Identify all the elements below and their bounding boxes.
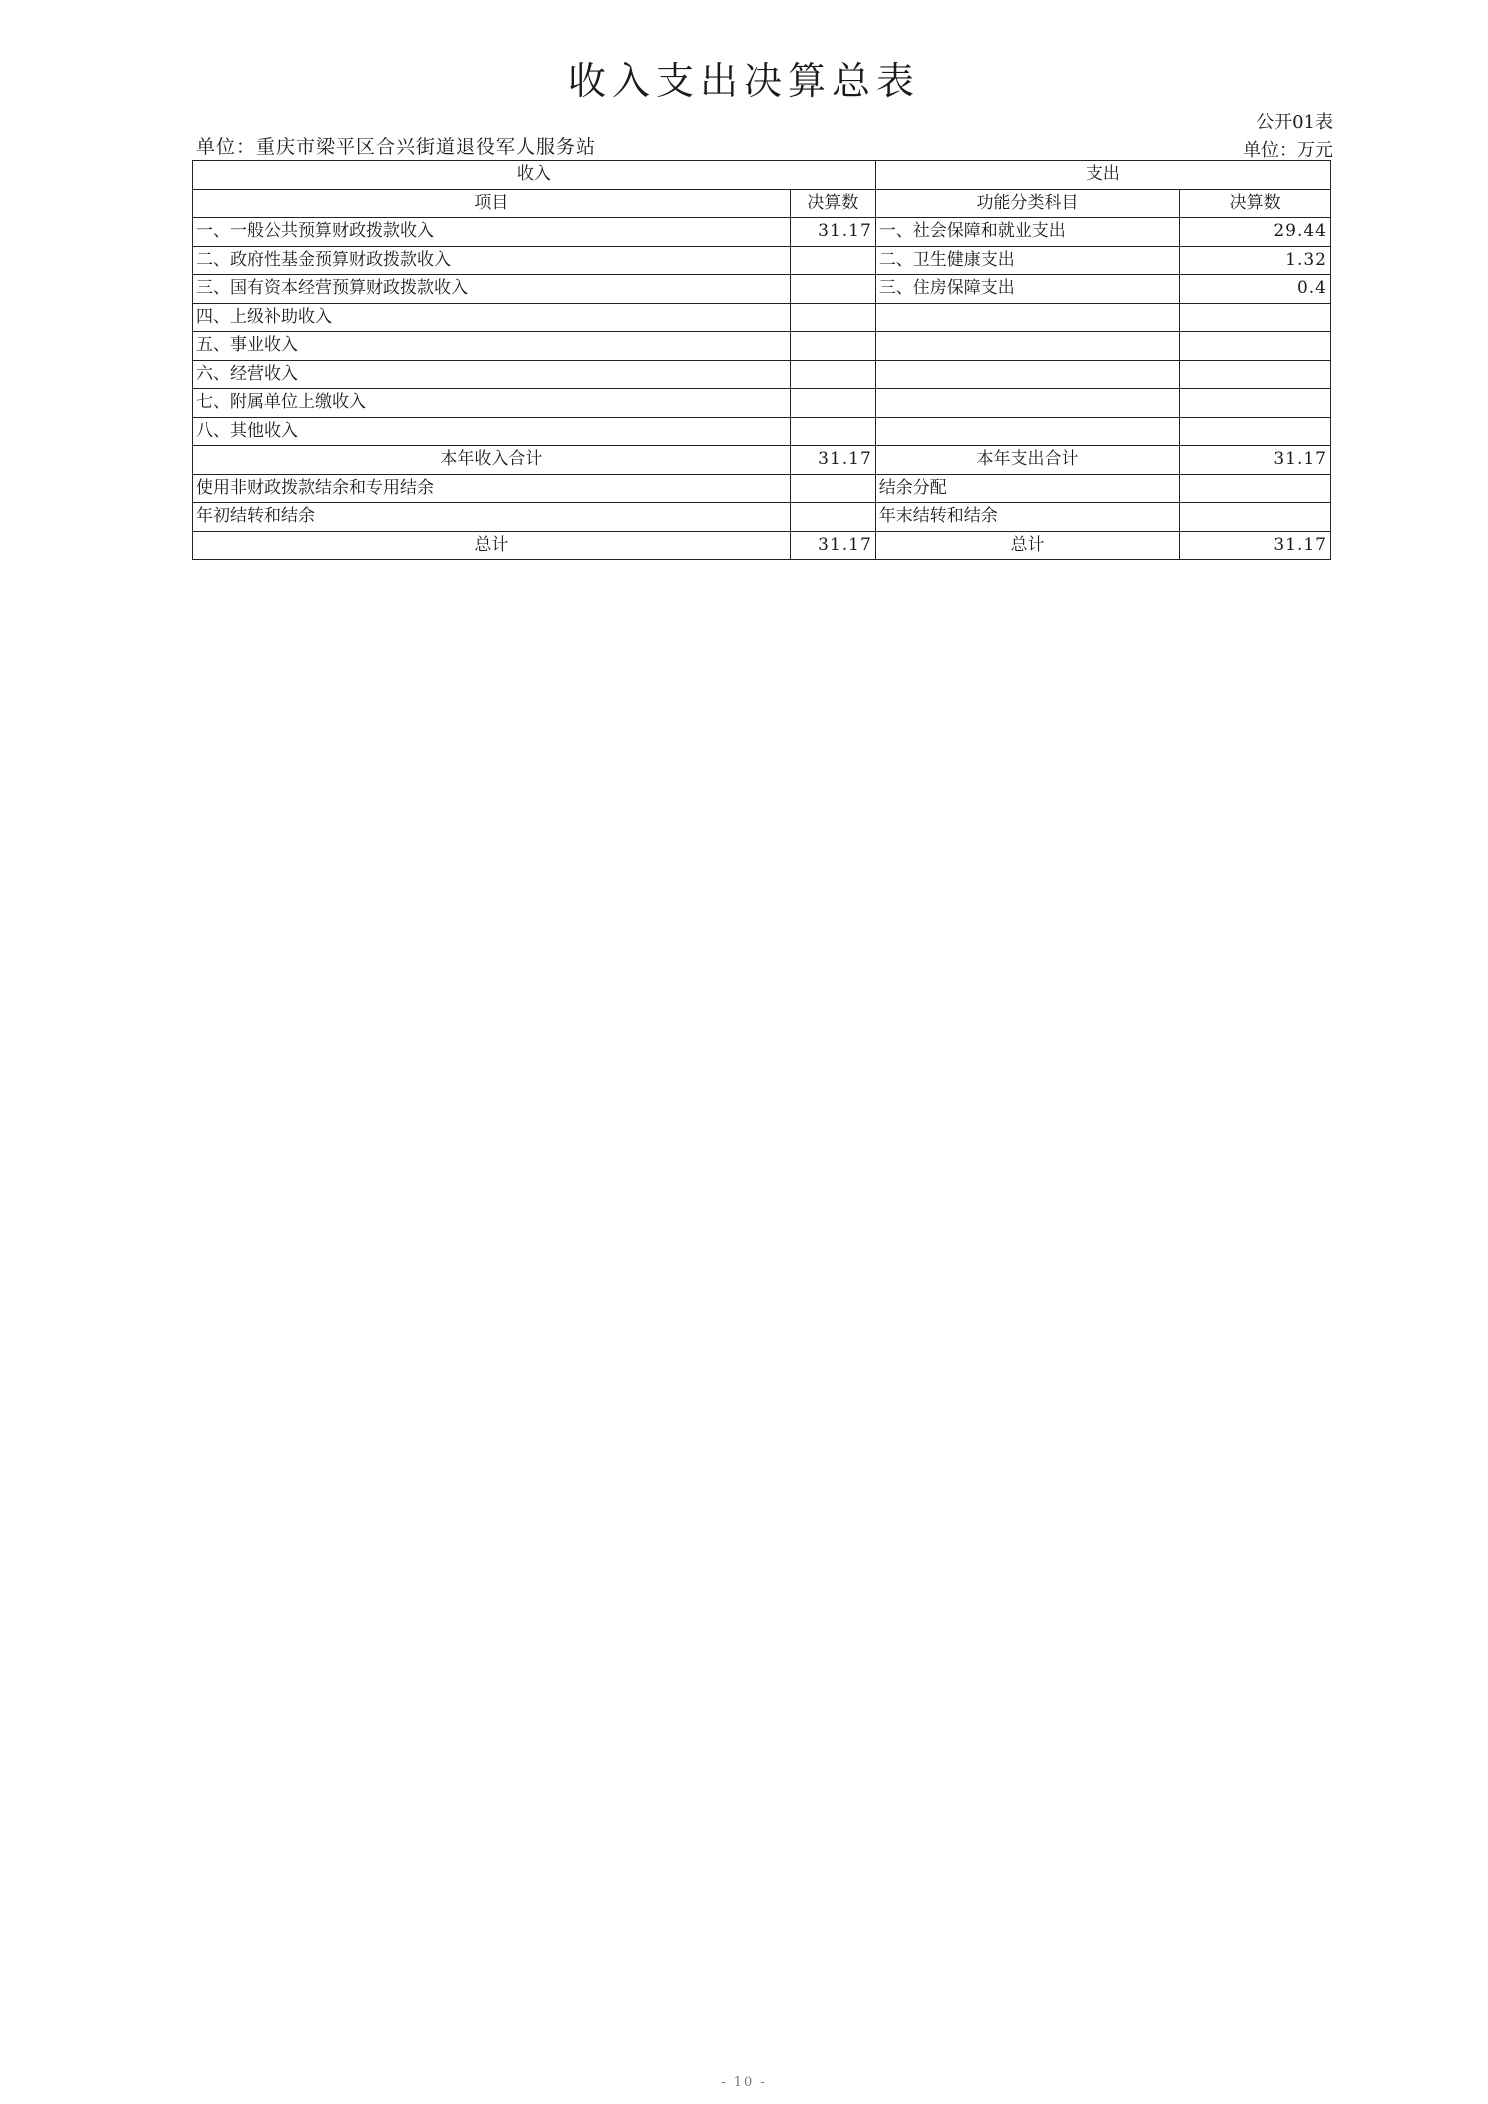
income-item-cell: 五、事业收入 xyxy=(193,332,791,361)
subtotal-row: 本年收入合计 31.17 本年支出合计 31.17 xyxy=(193,446,1331,475)
column-header-row: 项目 决算数 功能分类科目 决算数 xyxy=(193,189,1331,218)
income-item-cell: 四、上级补助收入 xyxy=(193,303,791,332)
income-item-cell: 使用非财政拨款结余和专用结余 xyxy=(193,474,791,503)
table-row: 七、附属单位上缴收入 xyxy=(193,389,1331,418)
expense-value-cell xyxy=(1180,503,1331,532)
income-value-cell xyxy=(790,332,875,361)
income-value-cell: 31.17 xyxy=(790,218,875,247)
expense-item-cell: 二、卫生健康支出 xyxy=(875,246,1179,275)
income-item-cell: 八、其他收入 xyxy=(193,417,791,446)
expense-item-cell xyxy=(875,360,1179,389)
table-row: 五、事业收入 xyxy=(193,332,1331,361)
income-value-header: 决算数 xyxy=(790,189,875,218)
expense-value-cell: 29.44 xyxy=(1180,218,1331,247)
expense-value-cell xyxy=(1180,389,1331,418)
expense-item-cell xyxy=(875,417,1179,446)
expense-item-cell xyxy=(875,332,1179,361)
income-item-cell: 二、政府性基金预算财政拨款收入 xyxy=(193,246,791,275)
table-row: 六、经营收入 xyxy=(193,360,1331,389)
table-row: 二、政府性基金预算财政拨款收入二、卫生健康支出1.32 xyxy=(193,246,1331,275)
table-row: 使用非财政拨款结余和专用结余结余分配 xyxy=(193,474,1331,503)
income-value-cell xyxy=(790,474,875,503)
income-value-cell xyxy=(790,360,875,389)
expense-item-cell: 年末结转和结余 xyxy=(875,503,1179,532)
income-section-header: 收入 xyxy=(193,161,876,190)
income-item-cell: 年初结转和结余 xyxy=(193,503,791,532)
income-item-cell: 三、国有资本经营预算财政拨款收入 xyxy=(193,275,791,304)
expense-total-label: 总计 xyxy=(875,531,1179,560)
form-number: 公开01表 xyxy=(1256,108,1333,134)
total-row: 总计 31.17 总计 31.17 xyxy=(193,531,1331,560)
income-item-cell: 七、附属单位上缴收入 xyxy=(193,389,791,418)
table-row: 一、一般公共预算财政拨款收入31.17一、社会保障和就业支出29.44 xyxy=(193,218,1331,247)
income-total-label: 总计 xyxy=(193,531,791,560)
expense-value-cell xyxy=(1180,417,1331,446)
expense-value-cell: 0.4 xyxy=(1180,275,1331,304)
table-row: 年初结转和结余年末结转和结余 xyxy=(193,503,1331,532)
expense-value-cell xyxy=(1180,474,1331,503)
income-expense-table: 收入 支出 项目 决算数 功能分类科目 决算数 一、一般公共预算财政拨款收入31… xyxy=(192,160,1331,560)
income-value-cell xyxy=(790,246,875,275)
expense-item-cell: 三、住房保障支出 xyxy=(875,275,1179,304)
expense-item-cell xyxy=(875,303,1179,332)
income-subtotal-label: 本年收入合计 xyxy=(193,446,791,475)
income-value-cell xyxy=(790,389,875,418)
expense-value-cell xyxy=(1180,360,1331,389)
income-item-cell: 六、经营收入 xyxy=(193,360,791,389)
currency-unit: 单位：万元 xyxy=(1243,136,1333,162)
section-header-row: 收入 支出 xyxy=(193,161,1331,190)
income-total-value: 31.17 xyxy=(790,531,875,560)
expense-item-cell: 一、社会保障和就业支出 xyxy=(875,218,1179,247)
income-value-cell xyxy=(790,303,875,332)
expense-total-value: 31.17 xyxy=(1180,531,1331,560)
income-value-cell xyxy=(790,417,875,446)
table-row: 八、其他收入 xyxy=(193,417,1331,446)
income-item-cell: 一、一般公共预算财政拨款收入 xyxy=(193,218,791,247)
income-value-cell xyxy=(790,503,875,532)
expense-item-cell: 结余分配 xyxy=(875,474,1179,503)
reporting-unit: 单位：重庆市梁平区合兴街道退役军人服务站 xyxy=(196,132,596,159)
income-value-cell xyxy=(790,275,875,304)
expense-value-header: 决算数 xyxy=(1180,189,1331,218)
expense-value-cell xyxy=(1180,303,1331,332)
expense-subtotal-value: 31.17 xyxy=(1180,446,1331,475)
expense-item-header: 功能分类科目 xyxy=(875,189,1179,218)
expense-section-header: 支出 xyxy=(875,161,1330,190)
expense-value-cell xyxy=(1180,332,1331,361)
page-title: 收入支出决算总表 xyxy=(0,50,1488,105)
expense-item-cell xyxy=(875,389,1179,418)
page-number: - 10 - xyxy=(0,2075,1488,2090)
income-subtotal-value: 31.17 xyxy=(790,446,875,475)
income-item-header: 项目 xyxy=(193,189,791,218)
table-row: 四、上级补助收入 xyxy=(193,303,1331,332)
expense-value-cell: 1.32 xyxy=(1180,246,1331,275)
table-row: 三、国有资本经营预算财政拨款收入三、住房保障支出0.4 xyxy=(193,275,1331,304)
expense-subtotal-label: 本年支出合计 xyxy=(875,446,1179,475)
